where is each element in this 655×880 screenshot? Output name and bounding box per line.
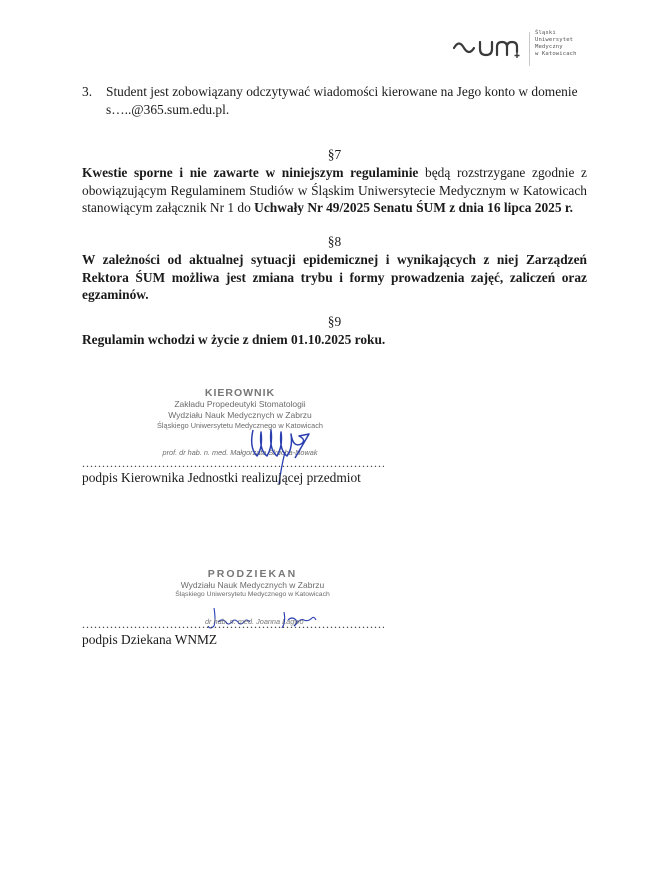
vice-dean-stamp: PRODZIEKAN Wydziału Nauk Medycznych w Za… bbox=[165, 568, 340, 600]
logo-line: Medyczny bbox=[535, 44, 577, 51]
logo-divider bbox=[529, 32, 530, 66]
signature-caption-1: podpis Kierownika Jednostki realizującej… bbox=[82, 470, 361, 486]
section-8-text: W zależności od aktualnej sytuacji epide… bbox=[82, 251, 587, 304]
stamp-line: Śląskiego Uniwersytetu Medycznego w Kato… bbox=[165, 590, 340, 600]
signature-line-2: ........................................… bbox=[82, 619, 384, 629]
sum-logo-icon bbox=[452, 36, 526, 58]
logo-line: Śląski bbox=[535, 30, 577, 37]
signature-caption-2: podpis Dziekana WNMZ bbox=[82, 632, 217, 648]
stamp-title: KIEROWNIK bbox=[140, 387, 340, 399]
section-7-bold-tail: Uchwały Nr 49/2025 Senatu ŚUM z dnia 16 … bbox=[254, 200, 573, 215]
logo-line: w Katowicach bbox=[535, 51, 577, 58]
stamp-line: Zakładu Propedeutyki Stomatologii bbox=[140, 399, 340, 410]
logo-line: Uniwersytet bbox=[535, 37, 577, 44]
section-7-text: Kwestie sporne i nie zawarte w niniejszy… bbox=[82, 164, 587, 217]
section-7-heading: §7 bbox=[82, 146, 587, 164]
section-7-bold-lead: Kwestie sporne i nie zawarte w niniejszy… bbox=[82, 165, 418, 180]
university-logo: Śląski Uniwersytet Medyczny w Katowicach bbox=[452, 30, 592, 70]
section-8-heading: §8 bbox=[82, 233, 587, 251]
list-number: 3. bbox=[82, 83, 92, 101]
section-9-text: Regulamin wchodzi w życie z dniem 01.10.… bbox=[82, 331, 587, 349]
signature-line-1: ........................................… bbox=[82, 458, 384, 468]
stamp-line: Wydziału Nauk Medycznych w Zabrzu bbox=[165, 580, 340, 590]
list-text: Student jest zobowiązany odczytywać wiad… bbox=[106, 83, 606, 118]
logo-text: Śląski Uniwersytet Medyczny w Katowicach bbox=[535, 30, 577, 58]
stamp-title: PRODZIEKAN bbox=[165, 568, 340, 580]
section-9-heading: §9 bbox=[82, 313, 587, 331]
